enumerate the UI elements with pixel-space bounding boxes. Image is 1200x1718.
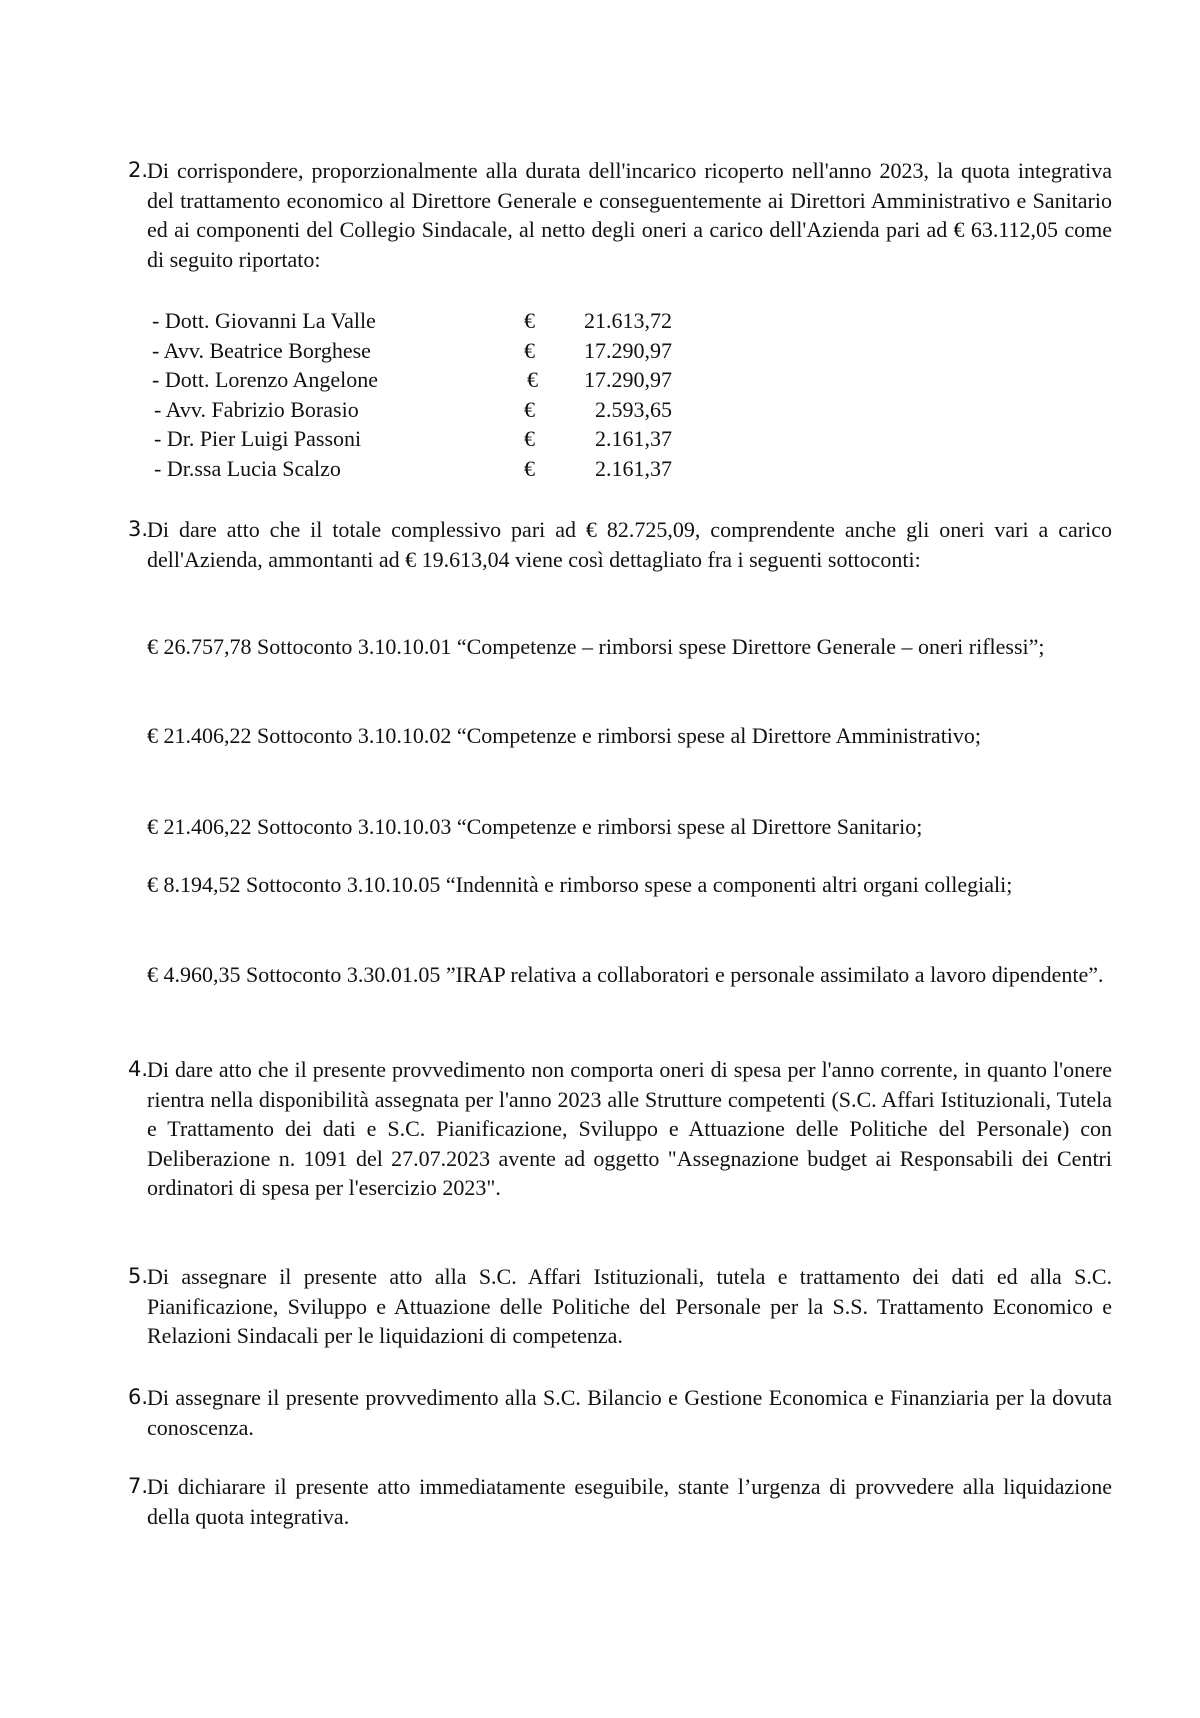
currency-symbol: € bbox=[524, 424, 535, 454]
payees-list: - Dott. Giovanni La Valle € 21.613,72 - … bbox=[152, 306, 672, 483]
item-4: 4. Di dare atto che il presente provvedi… bbox=[130, 1055, 1112, 1203]
currency-symbol: € bbox=[524, 336, 535, 366]
item-number: 7. bbox=[128, 1472, 148, 1502]
payee-row: - Dott. Giovanni La Valle € 21.613,72 bbox=[152, 306, 672, 336]
payee-name: - Dr.ssa Lucia Scalzo bbox=[154, 454, 341, 484]
sottoconto-entry: € 26.757,78 Sottoconto 3.10.10.01 “Compe… bbox=[147, 632, 1112, 662]
payee-amount: 17.290,97 bbox=[584, 365, 672, 395]
payee-name: - Dott. Giovanni La Valle bbox=[152, 306, 376, 336]
payee-name: - Avv. Beatrice Borghese bbox=[152, 336, 371, 366]
currency-symbol: € bbox=[527, 365, 538, 395]
item-number: 4. bbox=[128, 1055, 148, 1085]
payee-amount: 2.593,65 bbox=[595, 395, 672, 425]
item-5: 5. Di assegnare il presente atto alla S.… bbox=[130, 1262, 1112, 1351]
sottoconto-entry: € 4.960,35 Sottoconto 3.30.01.05 ”IRAP r… bbox=[147, 960, 1112, 990]
item-3: 3. Di dare atto che il totale complessiv… bbox=[130, 515, 1112, 574]
item-2: 2. Di corrispondere, proporzionalmente a… bbox=[130, 156, 1112, 274]
payee-amount: 17.290,97 bbox=[584, 336, 672, 366]
document-page: 2. Di corrispondere, proporzionalmente a… bbox=[0, 0, 1200, 1718]
item-number: 2. bbox=[128, 156, 148, 186]
item-text: Di assegnare il presente provvedimento a… bbox=[147, 1383, 1112, 1442]
payee-amount: 21.613,72 bbox=[584, 306, 672, 336]
currency-symbol: € bbox=[524, 395, 535, 425]
item-6: 6. Di assegnare il presente provvediment… bbox=[130, 1383, 1112, 1442]
item-7: 7. Di dichiarare il presente atto immedi… bbox=[130, 1472, 1112, 1531]
payee-amount: 2.161,37 bbox=[595, 424, 672, 454]
payee-row: - Dr.ssa Lucia Scalzo € 2.161,37 bbox=[152, 454, 672, 484]
item-number: 6. bbox=[128, 1383, 148, 1413]
payee-row: - Avv. Fabrizio Borasio € 2.593,65 bbox=[152, 395, 672, 425]
payee-name: - Dr. Pier Luigi Passoni bbox=[154, 424, 361, 454]
sottoconto-entry: € 8.194,52 Sottoconto 3.10.10.05 “Indenn… bbox=[147, 870, 1112, 900]
currency-symbol: € bbox=[524, 306, 535, 336]
item-number: 3. bbox=[128, 515, 148, 545]
payee-name: - Avv. Fabrizio Borasio bbox=[154, 395, 359, 425]
payee-name: - Dott. Lorenzo Angelone bbox=[152, 365, 378, 395]
item-text: Di dichiarare il presente atto immediata… bbox=[147, 1472, 1112, 1531]
item-text: Di dare atto che il presente provvedimen… bbox=[147, 1055, 1112, 1203]
payee-row: - Dott. Lorenzo Angelone € 17.290,97 bbox=[152, 365, 672, 395]
sottoconto-entry: € 21.406,22 Sottoconto 3.10.10.03 “Compe… bbox=[147, 812, 1112, 842]
item-number: 5. bbox=[128, 1262, 148, 1292]
payee-row: - Dr. Pier Luigi Passoni € 2.161,37 bbox=[152, 424, 672, 454]
item-text: Di assegnare il presente atto alla S.C. … bbox=[147, 1262, 1112, 1351]
payee-row: - Avv. Beatrice Borghese € 17.290,97 bbox=[152, 336, 672, 366]
item-text: Di dare atto che il totale complessivo p… bbox=[147, 515, 1112, 574]
sottoconto-entry: € 21.406,22 Sottoconto 3.10.10.02 “Compe… bbox=[147, 721, 1112, 751]
item-text: Di corrispondere, proporzionalmente alla… bbox=[147, 156, 1112, 274]
currency-symbol: € bbox=[524, 454, 535, 484]
payee-amount: 2.161,37 bbox=[595, 454, 672, 484]
